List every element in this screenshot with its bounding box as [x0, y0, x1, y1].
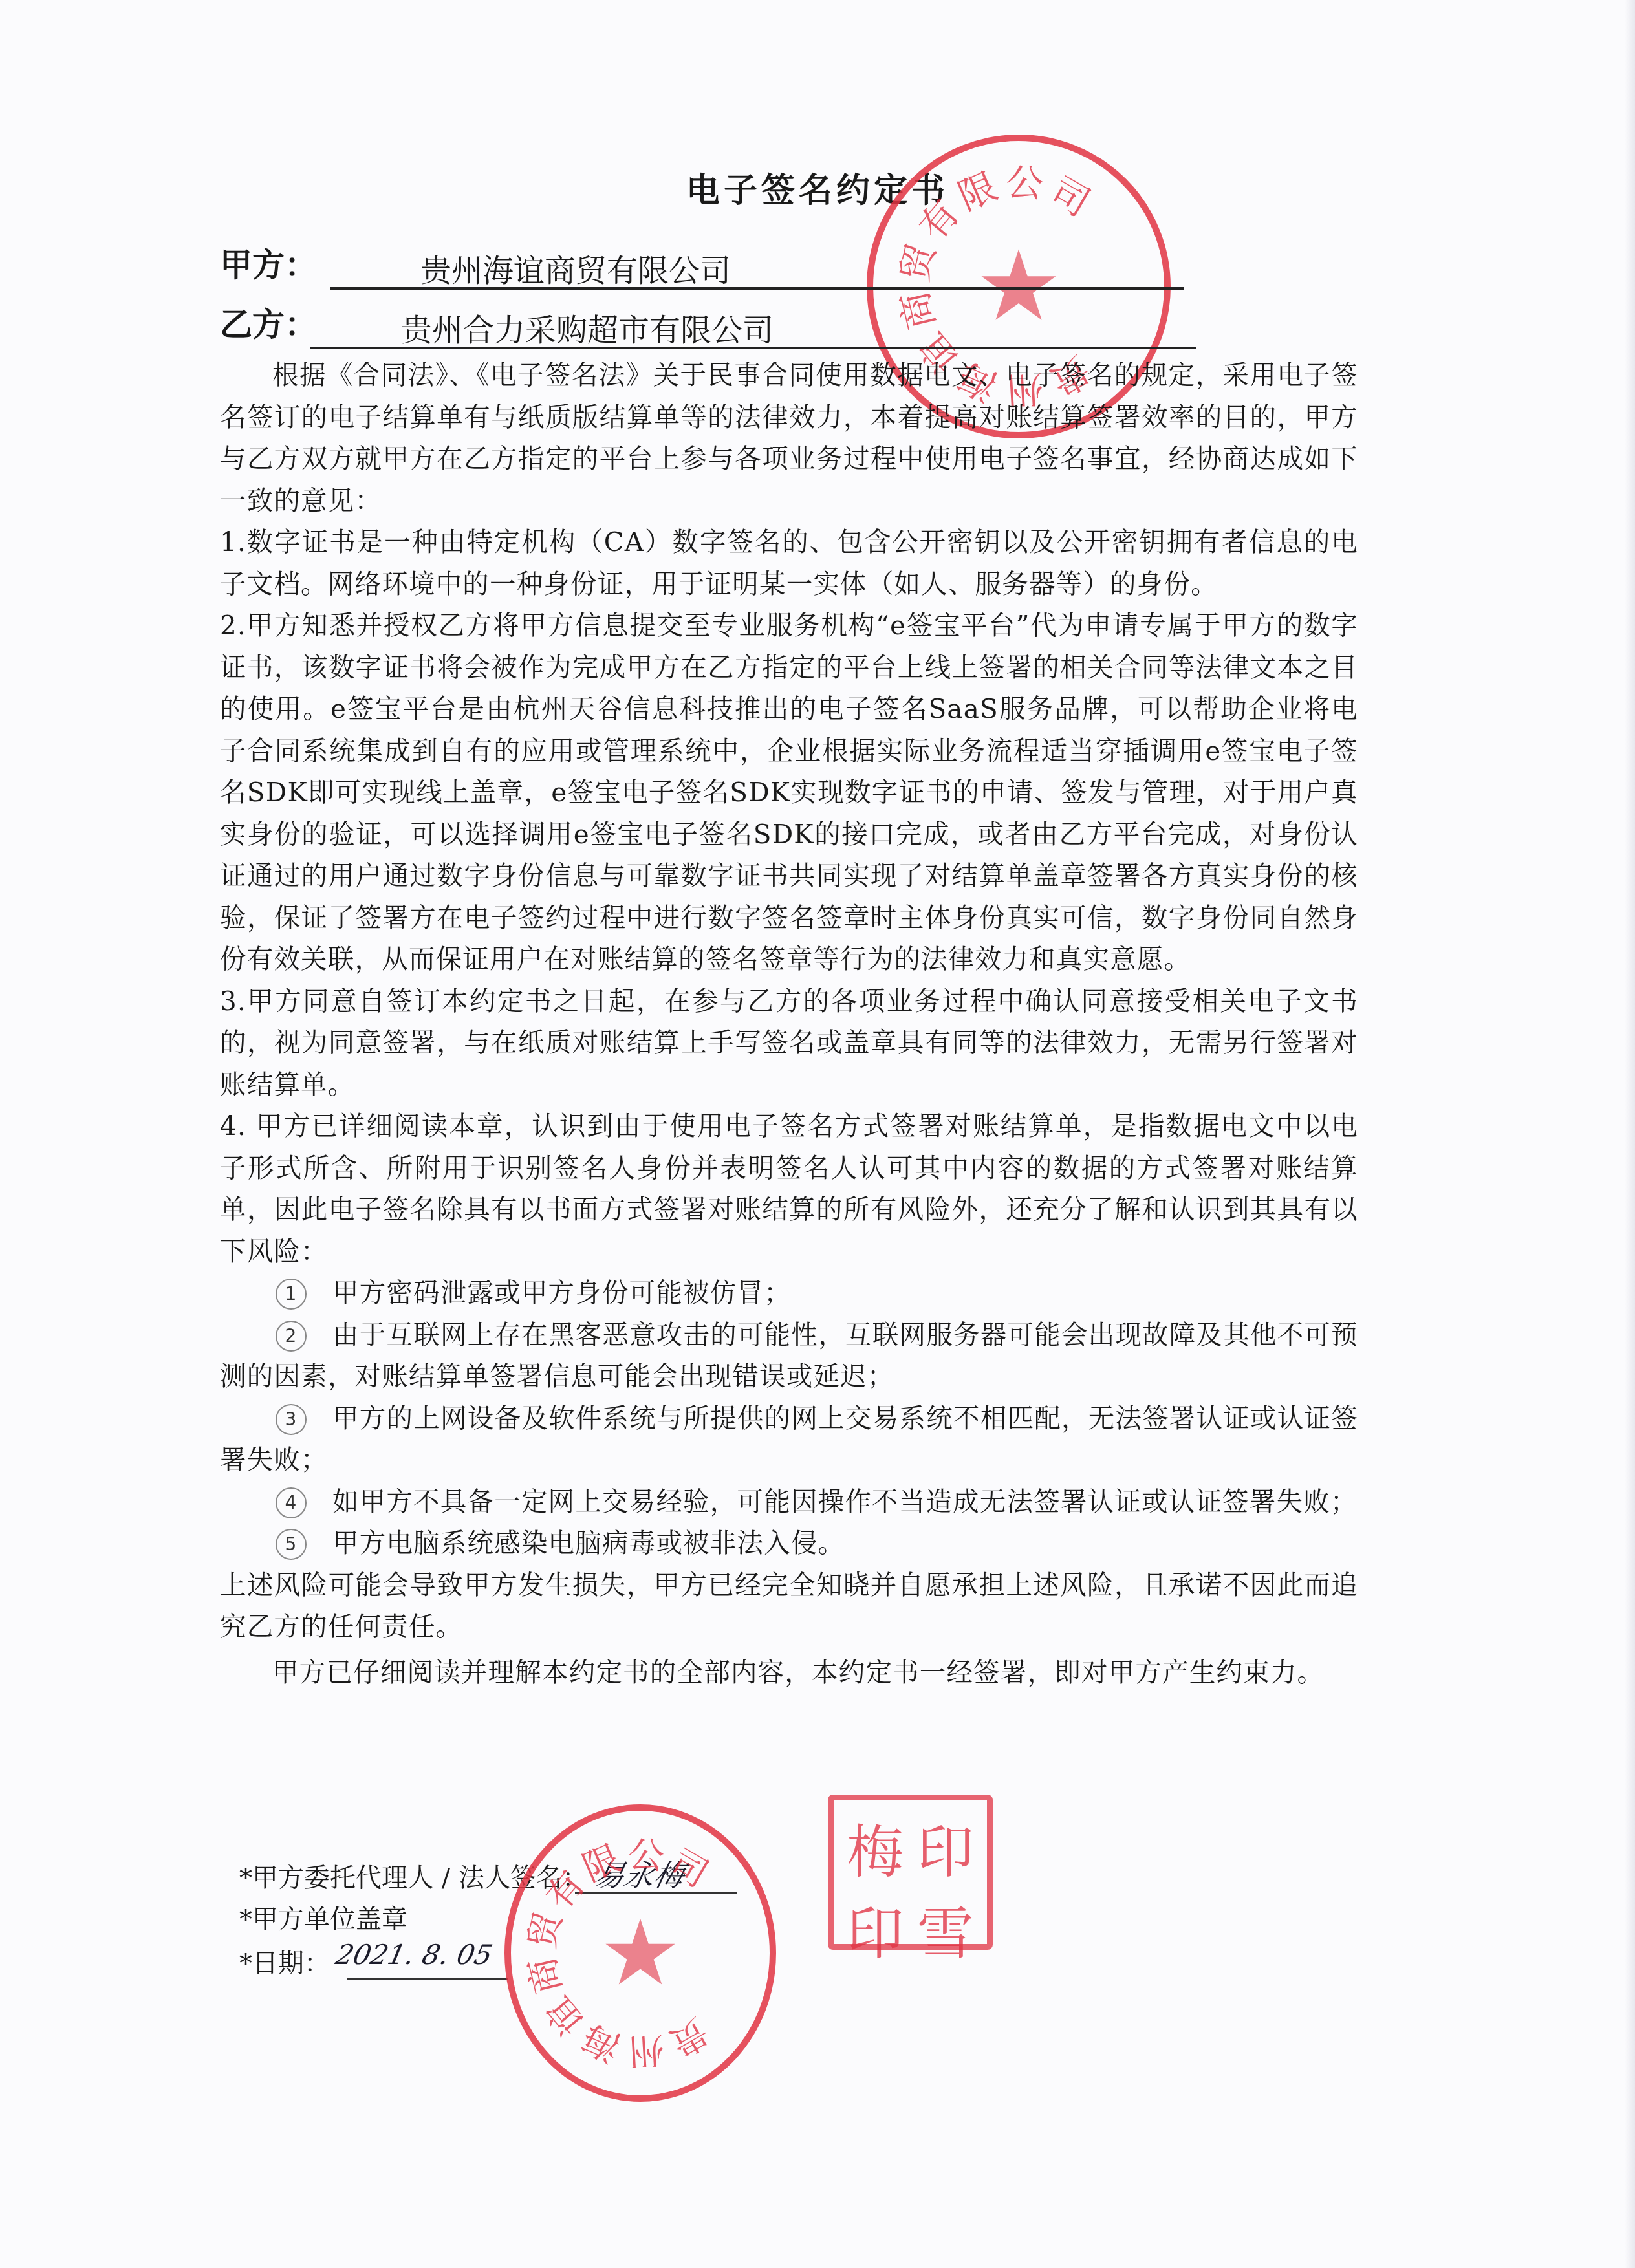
risk-item-2: 2由于互联网上存在黑客恶意攻击的可能性，互联网服务器可能会出现故障及其他不可预测… — [220, 1314, 1358, 1398]
agreement-body: 根据《合同法》、《电子签名法》关于民事合同使用数据电文、电子签名的规定，采用电子… — [220, 354, 1358, 1693]
star-icon: ★ — [600, 1901, 681, 2006]
clause-2: 2.甲方知悉并授权乙方将甲方信息提交至专业服务机构“e签宝平台”代为申请专属于甲… — [220, 605, 1358, 980]
page-edge — [1625, 0, 1635, 2268]
seal-text-char: 州 — [625, 2029, 666, 2070]
circled-number-icon: 2 — [276, 1321, 307, 1352]
risk-text-3: 甲方的上网设备及软件系统与所提供的网上交易系统不相匹配，无法签署认证或认证签署失… — [220, 1403, 1358, 1476]
circled-number-icon: 3 — [276, 1404, 307, 1435]
seal-char: 印 — [911, 1807, 981, 1888]
date-handwriting: 2021. 8. 05 — [333, 1939, 495, 1971]
seal-text-char: 司 — [662, 1842, 715, 1895]
risk-conclusion: 上述风险可能会导致甲方发生损失，甲方已经完全知晓并自愿承担上述风险，且承诺不因此… — [220, 1564, 1358, 1648]
seal-text-char: 公 — [625, 1836, 666, 1877]
risk-item-1: 1甲方密码泄露或甲方身份可能被仿冒； — [220, 1272, 1358, 1314]
seal-text-char: 司 — [1044, 170, 1097, 223]
date-label: *日期： — [239, 1949, 330, 1978]
risk-item-3: 3甲方的上网设备及软件系统与所提供的网上交易系统不相匹配，无法签署认证或认证签署… — [220, 1398, 1358, 1481]
seal-text-char: 公 — [1004, 163, 1045, 204]
circled-number-icon: 4 — [276, 1487, 307, 1518]
risk-item-5: 5甲方电脑系统感染电脑病毒或被非法入侵。 — [220, 1522, 1358, 1564]
circled-number-icon: 1 — [276, 1279, 307, 1310]
seal-char: 雪 — [911, 1888, 981, 1970]
clause-1: 1.数字证书是一种由特定机构（CA）数字签名的、包含公开密钥以及公开密钥拥有者信… — [220, 521, 1358, 605]
clause-4: 4. 甲方已详细阅读本章，认识到由于使用电子签名方式签署对账结算单，是指数据电文… — [220, 1105, 1358, 1272]
company-seal-bottom: ★ 贵州海谊商贸有限公司 — [504, 1804, 776, 2102]
risk-text-1: 甲方密码泄露或甲方身份可能被仿冒； — [332, 1277, 791, 1308]
party-b-value: 贵州合力采购超市有限公司 — [310, 305, 1196, 349]
circled-number-icon: 5 — [276, 1529, 307, 1560]
closing-paragraph: 甲方已仔细阅读并理解本约定书的全部内容，本约定书一经签署，即对甲方产生约束力。 — [220, 1652, 1358, 1694]
seal-text-char: 有 — [912, 193, 967, 248]
intro-paragraph: 根据《合同法》、《电子签名法》关于民事合同使用数据电文、电子签名的规定，采用电子… — [220, 354, 1358, 521]
company-seal-label: *甲方单位盖章 — [239, 1905, 407, 1934]
risk-text-4: 如甲方不具备一定网上交易经验，可能因操作不当造成无法签署认证或认证签署失败； — [332, 1486, 1358, 1517]
personal-seal: 梅 印 印 雪 — [828, 1795, 993, 1950]
seal-text-char: 限 — [952, 166, 1003, 217]
party-a-label: 甲方： — [220, 239, 317, 286]
seal-char: 印 — [840, 1888, 911, 1970]
party-a-value: 贵州海谊商贸有限公司 — [330, 246, 1184, 290]
seal-text-char: 商 — [523, 1952, 569, 1998]
risk-text-5: 甲方电脑系统感染电脑病毒或被非法入侵。 — [332, 1528, 845, 1559]
risk-text-2: 由于互联网上存在黑客恶意攻击的可能性，互联网服务器可能会出现故障及其他不可预测的… — [220, 1319, 1358, 1392]
document-page: 电子签名约定书 ★ 贵州海谊商贸有限公司 甲方： 贵州海谊商贸有限公司 乙方： … — [0, 0, 1635, 2268]
document-title: 电子签名约定书 — [0, 163, 1635, 211]
party-b-label: 乙方： — [220, 299, 317, 345]
clause-3: 3.甲方同意自签订本约定书之日起，在参与乙方的各项业务过程中确认同意接受相关电子… — [220, 980, 1358, 1106]
seal-char: 梅 — [840, 1807, 911, 1888]
seal-text-char: 贸 — [523, 1907, 569, 1954]
risk-item-4: 4如甲方不具备一定网上交易经验，可能因操作不当造成无法签署认证或认证签署失败； — [220, 1481, 1358, 1523]
seal-text-char: 贵 — [662, 2011, 715, 2064]
